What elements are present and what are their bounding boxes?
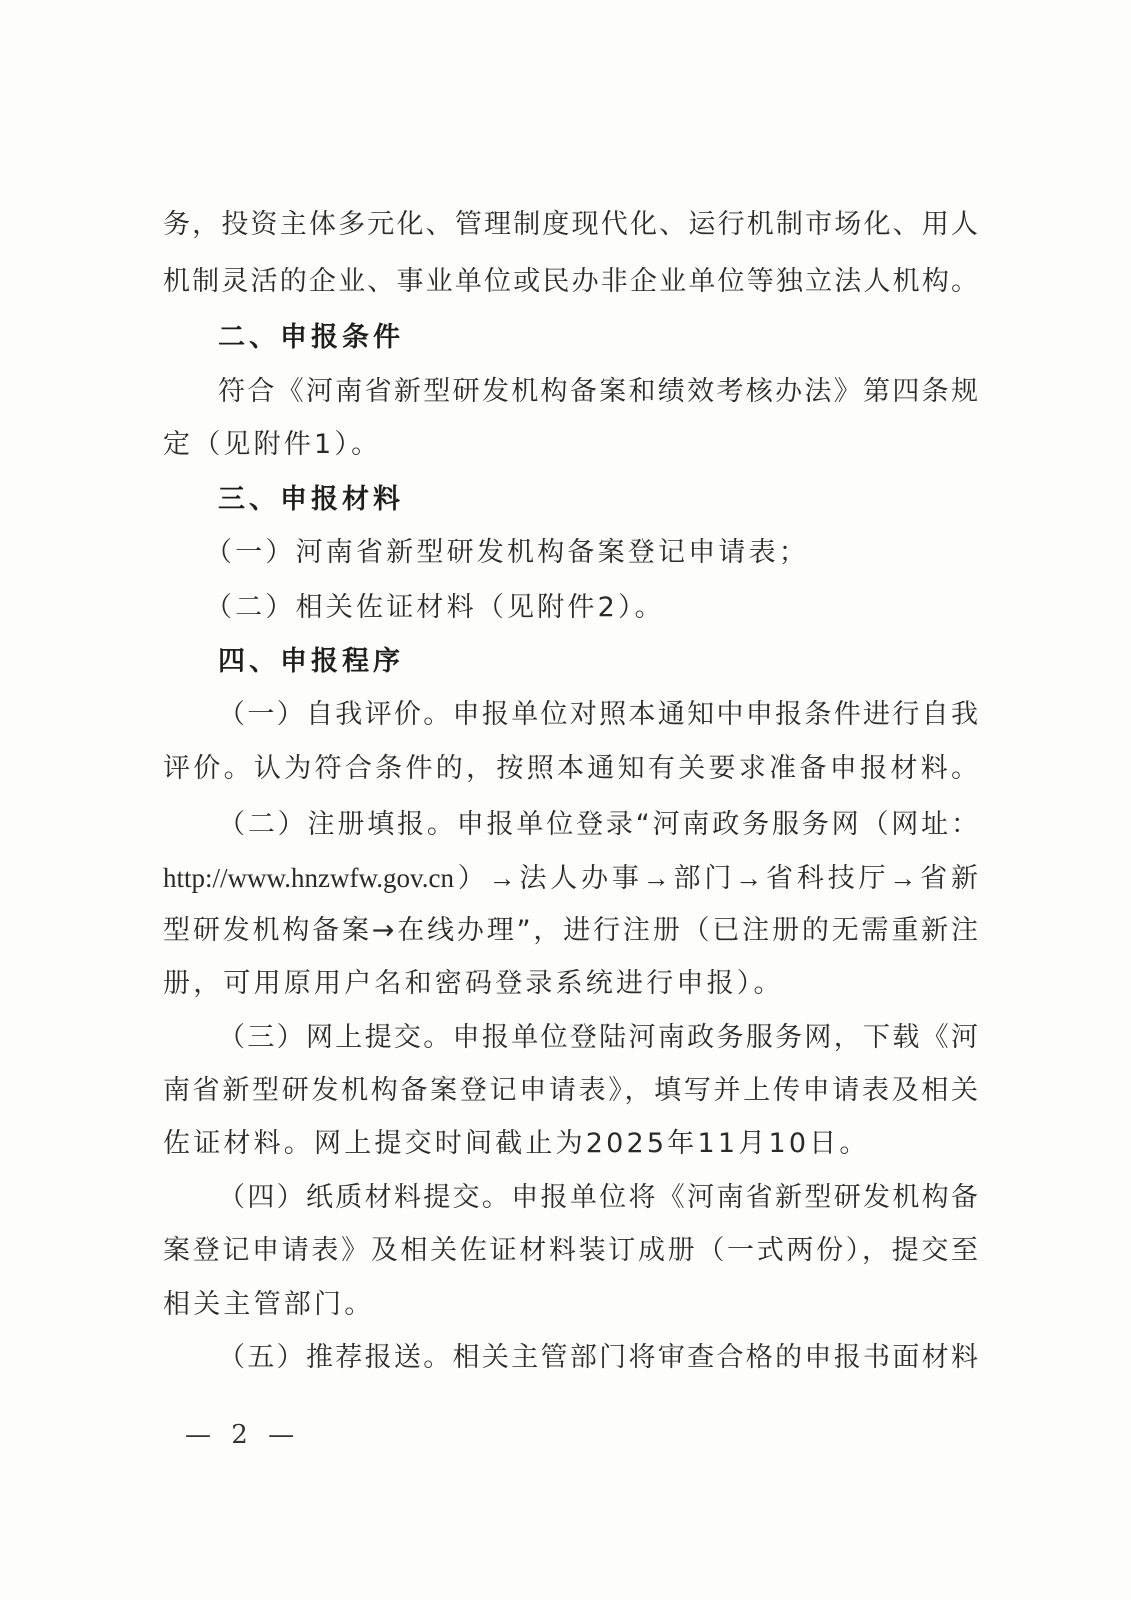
paragraph-line: 务，投资主体多元化、管理制度现代化、运行机制市场化、用人 xyxy=(163,205,978,245)
paragraph-line: 佐证材料。网上提交时间截止为2025年11月10日。 xyxy=(163,1124,978,1164)
paragraph-line: （一）自我评价。申报单位对照本通知中申报条件进行自我 xyxy=(218,695,978,735)
paragraph-line: 册，可用原用户名和密码登录系统进行申报）。 xyxy=(163,964,978,1004)
paragraph-line: 案登记申请表》及相关佐证材料装订成册（一式两份），提交至 xyxy=(163,1231,978,1271)
url-line: http://www.hnzwfw.gov.cn）→法人办事→部门→省科技厅→省… xyxy=(163,858,978,898)
paragraph-line: （四）纸质材料提交。申报单位将《河南省新型研发机构备 xyxy=(218,1178,978,1218)
paragraph-line: 相关主管部门。 xyxy=(163,1285,978,1325)
paragraph-line: 型研发机构备案→在线办理”，进行注册（已注册的无需重新注 xyxy=(163,911,978,951)
section-heading-conditions: 二、申报条件 xyxy=(218,318,978,358)
list-item: （一）河南省新型研发机构备案登记申请表； xyxy=(205,533,1020,573)
page-number: — 2 — xyxy=(185,1420,300,1450)
paragraph-line: （五）推荐报送。相关主管部门将审查合格的申报书面材料 xyxy=(218,1338,978,1378)
paragraph-line: 南省新型研发机构备案登记申请表》，填写并上传申请表及相关 xyxy=(163,1071,978,1111)
paragraph-line: 符合《河南省新型研发机构备案和绩效考核办法》第四条规 xyxy=(218,372,978,412)
list-item: （二）相关佐证材料（见附件2）。 xyxy=(205,588,1020,628)
section-heading-procedure: 四、申报程序 xyxy=(218,642,978,682)
paragraph-line: 机制灵活的企业、事业单位或民办非企业单位等独立法人机构。 xyxy=(163,262,978,302)
section-heading-materials: 三、申报材料 xyxy=(218,480,978,520)
paragraph-line: （二）注册填报。申报单位登录“河南政务服务网（网址： xyxy=(218,805,978,845)
paragraph-line: （三）网上提交。申报单位登陆河南政务服务网，下载《河 xyxy=(218,1018,978,1058)
document-page: 务，投资主体多元化、管理制度现代化、运行机制市场化、用人 机制灵活的企业、事业单… xyxy=(0,0,1131,1600)
paragraph-line: 定（见附件1）。 xyxy=(163,425,978,465)
paragraph-line: 评价。认为符合条件的，按照本通知有关要求准备申报材料。 xyxy=(163,749,978,789)
